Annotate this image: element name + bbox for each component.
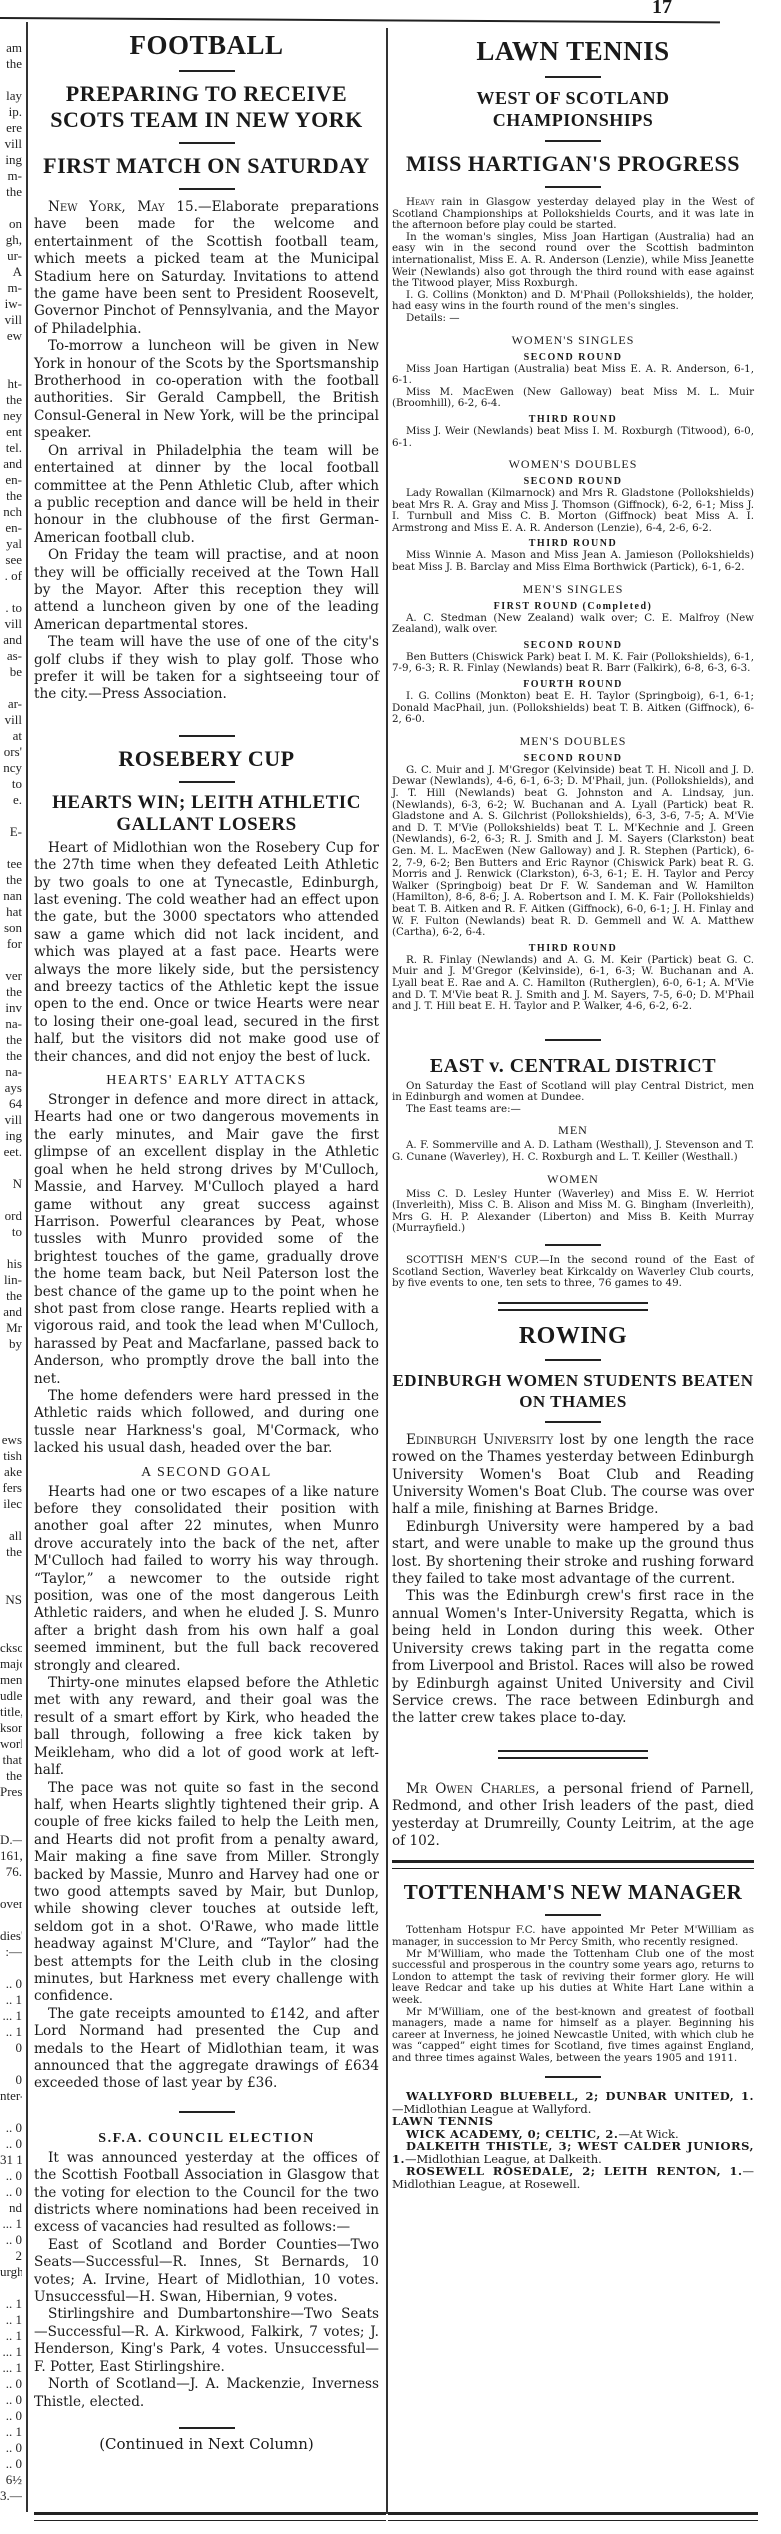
paragraph: The pace was not quite so fast in the se… (34, 1780, 379, 2006)
edge-fragment: for (0, 936, 22, 952)
edge-fragment (0, 1416, 22, 1432)
paragraph: On arrival in Philadelphia the team will… (34, 443, 379, 547)
headline-east-central: EAST v. CENTRAL DISTRICT (392, 1055, 754, 1077)
paragraph: Stirlingshire and Dumbartonshire—Two Sea… (34, 2306, 379, 2376)
edge-fragment: ilec (0, 1496, 22, 1512)
rule (179, 188, 235, 190)
edge-fragment: 6½ (0, 2472, 22, 2488)
result-teams: DALKEITH THISTLE, 3; WEST CALDER JUNIORS… (392, 2139, 754, 2166)
east-central-article: On Saturday the East of Scotland will pl… (392, 1081, 754, 1290)
rule (545, 140, 601, 142)
edge-fragment (0, 1816, 22, 1832)
headline-first-match: FIRST MATCH ON SATURDAY (34, 153, 379, 179)
event-title: WOMEN'S SINGLES (392, 333, 754, 348)
dateline: New York, May 15. (48, 199, 198, 215)
edge-fragment: ar- (0, 696, 22, 712)
edge-fragment: ake (0, 1464, 22, 1480)
round-title: THIRD ROUND (392, 414, 754, 425)
edge-fragment: ew (0, 328, 22, 344)
edge-fragment (0, 840, 22, 856)
round-results: Miss Joan Hartigan (Australia) beat Miss… (392, 364, 754, 410)
edge-fragment: m- (0, 280, 22, 296)
page-number: 17 (652, 0, 672, 19)
edge-fragment: and (0, 456, 22, 472)
round-title: THIRD ROUND (392, 538, 754, 549)
edge-fragment: .. 1 (0, 2312, 22, 2328)
result: Miss M. MacEwen (New Galloway) beat Miss… (392, 387, 754, 410)
result: Miss Joan Hartigan (Australia) beat Miss… (392, 364, 754, 387)
edge-fragment: son (0, 920, 22, 936)
paragraph: Thirty-one minutes elapsed before the At… (34, 1675, 379, 1779)
mens-cup: SCOTTISH MEN'S CUP.—In the second round … (392, 1255, 754, 1290)
edge-fragment: .. 0 (0, 2408, 22, 2424)
result-line: DALKEITH THISTLE, 3; WEST CALDER JUNIORS… (392, 2140, 754, 2165)
paragraph: New York, May 15.—Elaborate preparations… (34, 199, 379, 338)
edge-fragment: nter- (0, 2088, 22, 2104)
rule (498, 1302, 648, 1311)
round-results: I. G. Collins (Monkton) beat E. H. Taylo… (392, 691, 754, 726)
headline-hartigan: MISS HARTIGAN'S PROGRESS (392, 151, 754, 177)
edge-fragment: the (0, 392, 22, 408)
paragraph: Stronger in defence and more direct in a… (34, 1092, 379, 1388)
round-results: Miss J. Weir (Newlands) beat Miss I. M. … (392, 426, 754, 449)
edge-fragment: .. 0 (0, 1976, 22, 1992)
edge-fragment: the (0, 872, 22, 888)
edge-fragment: .. 0 (0, 2392, 22, 2408)
edge-fragment: ver (0, 968, 22, 984)
edge-fragment: ... 1 (0, 2008, 22, 2024)
paragraph: On Saturday the East of Scotland will pl… (392, 1081, 754, 1104)
edge-fragment: the (0, 1288, 22, 1304)
edge-fragment: . to (0, 600, 22, 616)
edge-fragment: vill (0, 712, 22, 728)
edge-fragment (0, 360, 22, 376)
column-divider (26, 22, 28, 2512)
edge-fragment: 31 1 (0, 2152, 22, 2168)
rule (179, 70, 235, 72)
edge-fragment (0, 1960, 22, 1976)
edge-fragment: ip. (0, 104, 22, 120)
edge-fragment (0, 1192, 22, 1208)
edge-fragment: .. 0 (0, 2184, 22, 2200)
edge-fragment (0, 1624, 22, 1640)
edge-fragment (0, 72, 22, 88)
edge-fragment (0, 1352, 22, 1368)
edge-fragment: ... 1 (0, 2216, 22, 2232)
round-title: SECOND ROUND (392, 753, 754, 764)
rule (545, 1039, 601, 1041)
edge-fragment: 2 (0, 2248, 22, 2264)
edge-fragment: that (0, 1752, 22, 1768)
edge-fragment: at (0, 728, 22, 744)
rule (179, 781, 235, 783)
result-teams: WALLYFORD BLUEBELL, 2; DUNBAR UNITED, 1. (406, 2089, 754, 2103)
edge-fragment (0, 1400, 22, 1416)
edge-fragment: na- (0, 1064, 22, 1080)
men-team: A. F. Sommerville and A. D. Latham (West… (392, 1140, 754, 1163)
edge-fragment: major (0, 1656, 22, 1672)
edge-fragment: ord (0, 1208, 22, 1224)
round-results: G. C. Muir and J. M'Gregor (Kelvinside) … (392, 765, 754, 939)
rule (545, 1359, 601, 1361)
edge-fragment (0, 2104, 22, 2120)
edge-fragment: e. (0, 792, 22, 808)
edge-fragment: vill (0, 136, 22, 152)
rowing-article: Edinburgh University lost by one length … (392, 1432, 754, 1728)
round-results: Lady Rowallan (Kilmarnock) and Mrs R. Gl… (392, 488, 754, 534)
edge-fragment: all (0, 1528, 22, 1544)
event-title: WOMEN'S DOUBLES (392, 457, 754, 472)
edge-fragment: 0 (0, 2072, 22, 2088)
result: A. C. Stedman (New Zealand) walk over; C… (392, 613, 754, 636)
edge-fragment: E- (0, 824, 22, 840)
edge-fragment: 76. (0, 1864, 22, 1880)
edge-fragment: vill (0, 616, 22, 632)
result: Lady Rowallan (Kilmarnock) and Mrs R. Gl… (392, 488, 754, 534)
rule (179, 2111, 235, 2113)
round-results: Miss Winnie A. Mason and Miss Jean A. Ja… (392, 550, 754, 573)
rule (545, 1244, 601, 1246)
edge-fragment (0, 2056, 22, 2072)
edge-fragment: ckson, (0, 1640, 22, 1656)
edge-fragment: iw- (0, 296, 22, 312)
edge-fragment: A (0, 264, 22, 280)
edge-fragment: ent (0, 424, 22, 440)
article-rosebery-s1: Stronger in defence and more direct in a… (34, 1092, 379, 1458)
edge-fragment: the (0, 56, 22, 72)
event-title: MEN'S DOUBLES (392, 734, 754, 749)
headline-hearts-win: HEARTS WIN; LEITH ATHLETIC GALLANT LOSER… (34, 792, 379, 836)
edge-fragment: .. 1 (0, 2328, 22, 2344)
edge-fragment: ncy (0, 760, 22, 776)
paragraph: Heart of Midlothian won the Rosebery Cup… (34, 840, 379, 1066)
edge-fragment (0, 1912, 22, 1928)
edge-fragment (0, 1368, 22, 1384)
paragraph: The gate receipts amounted to £142, and … (34, 2006, 379, 2093)
edge-fragment: dies' (0, 1928, 22, 1944)
edge-fragment: see (0, 552, 22, 568)
lead-word: Heavy (406, 196, 434, 208)
match-results: WALLYFORD BLUEBELL, 2; DUNBAR UNITED, 1.… (392, 2090, 754, 2190)
edge-fragment: 0 (0, 2040, 22, 2056)
edge-fragment: by (0, 1336, 22, 1352)
edge-fragment: hat (0, 904, 22, 920)
paragraph: This was the Edinburgh crew's first race… (392, 1588, 754, 1727)
rule (545, 1421, 601, 1423)
rule (545, 186, 601, 188)
edge-fragment (0, 1608, 22, 1624)
edge-fragment: ney (0, 408, 22, 424)
edge-fragment (0, 1240, 22, 1256)
edge-fragment: .. 0 (0, 2168, 22, 2184)
edge-fragment: ays (0, 1080, 22, 1096)
edge-fragment: m- (0, 168, 22, 184)
round-results: R. R. Finlay (Newlands) and A. G. M. Kei… (392, 955, 754, 1013)
paragraph: On Friday the team will practise, and at… (34, 547, 379, 634)
rule (498, 1750, 648, 1759)
edge-fragment: 64 (0, 1096, 22, 1112)
section-title-lawn-tennis: LAWN TENNIS (392, 36, 754, 67)
headline-tottenham: TOTTENHAM'S NEW MANAGER (392, 1879, 754, 1905)
headline-sfa-election: S.F.A. COUNCIL ELECTION (34, 2131, 379, 2147)
article-new-york: New York, May 15.—Elaborate preparations… (34, 199, 379, 704)
edge-fragment (0, 1800, 22, 1816)
edge-fragment (0, 200, 22, 216)
result-line: WALLYFORD BLUEBELL, 2; DUNBAR UNITED, 1.… (392, 2090, 754, 2115)
continued-note: (Continued in Next Column) (34, 2435, 379, 2453)
edge-fragment: .. 0 (0, 2120, 22, 2136)
edge-fragment: tish (0, 1448, 22, 1464)
edge-fragment: over (0, 1896, 22, 1912)
section-title-rosebery: ROSEBERY CUP (34, 746, 379, 772)
result: R. R. Finlay (Newlands) and A. G. M. Kei… (392, 955, 754, 1013)
edge-fragment (0, 1560, 22, 1576)
round-title: FOURTH ROUND (392, 679, 754, 690)
rule (545, 1914, 601, 1916)
edge-fragment: ing (0, 1128, 22, 1144)
edge-fragment: title, (0, 1704, 22, 1720)
edge-fragment: nan (0, 888, 22, 904)
bottom-rule (388, 2512, 758, 2521)
paragraph: The home defenders were hard pressed in … (34, 1388, 379, 1458)
women-label: WOMEN (392, 1172, 754, 1187)
article-rosebery-s2: Hearts had one or two escapes of a like … (34, 1484, 379, 2093)
men-label: MEN (392, 1123, 754, 1138)
edge-fragment: .. 1 (0, 2424, 22, 2440)
tennis-intro: Heavy rain in Glasgow yesterday delayed … (392, 197, 754, 325)
adjacent-column-fragment: amthe layip.erevillingm-the ongh,ur-Am-i… (0, 40, 22, 2510)
paragraph: Tottenham Hotspur F.C. have appointed Mr… (392, 1925, 754, 1948)
edge-fragment: and (0, 1304, 22, 1320)
edge-fragment: tel. (0, 440, 22, 456)
edge-fragment: NS (0, 1592, 22, 1608)
edge-fragment: the (0, 184, 22, 200)
edge-fragment: yal (0, 536, 22, 552)
edge-fragment: .. 1 (0, 1992, 22, 2008)
edge-fragment: ht- (0, 376, 22, 392)
headline-west-scotland: WEST OF SCOTLAND CHAMPIONSHIPS (442, 87, 704, 131)
edge-fragment: to (0, 776, 22, 792)
edge-fragment: world (0, 1736, 22, 1752)
edge-fragment: ere (0, 120, 22, 136)
top-rule (0, 17, 720, 23)
bottom-rule (34, 2512, 386, 2521)
rule (545, 2076, 601, 2078)
paragraph: In the woman's singles, Miss Joan Hartig… (392, 232, 754, 290)
edge-fragment: udler (0, 1688, 22, 1704)
paragraph: It was announced yesterday at the office… (34, 2150, 379, 2237)
result: Miss J. Weir (Newlands) beat Miss I. M. … (392, 426, 754, 449)
edge-fragment: . of (0, 568, 22, 584)
women-team: Miss C. D. Lesley Hunter (Waverley) and … (392, 1189, 754, 1235)
paragraph: I. G. Collins (Monkton) and D. M'Phail (… (392, 290, 754, 313)
edge-fragment: ur- (0, 248, 22, 264)
column-divider (386, 28, 388, 2514)
headline-edinburgh-women: EDINBURGH WOMEN STUDENTS BEATEN ON THAME… (392, 1370, 754, 1412)
edge-fragment: am (0, 40, 22, 56)
result-line: ROSEWELL ROSEDALE, 2; LEITH RENTON, 1.—M… (392, 2165, 754, 2190)
edge-fragment: lay (0, 88, 22, 104)
edge-fragment: ors' (0, 744, 22, 760)
round-title: SECOND ROUND (392, 352, 754, 363)
edge-fragment: the (0, 1544, 22, 1560)
edge-fragment: the (0, 1768, 22, 1784)
edge-fragment: the (0, 488, 22, 504)
edge-fragment: Mr (0, 1320, 22, 1336)
edge-fragment: ... 1 (0, 2344, 22, 2360)
paragraph: The team will have the use of one of the… (34, 634, 379, 704)
article-rosebery-intro: Heart of Midlothian won the Rosebery Cup… (34, 840, 379, 1066)
tottenham-article: Tottenham Hotspur F.C. have appointed Mr… (392, 1925, 754, 2064)
edge-fragment: :— (0, 1944, 22, 1960)
football-column: FOOTBALL PREPARING TO RECEIVE SCOTS TEAM… (34, 24, 379, 2453)
edge-fragment: N (0, 1176, 22, 1192)
edge-fragment: eet. (0, 1144, 22, 1160)
paragraph: East of Scotland and Border Counties—Two… (34, 2237, 379, 2307)
edge-fragment (0, 1160, 22, 1176)
section-title-football: FOOTBALL (34, 30, 379, 61)
obituary-lead: Mr Owen Charles (406, 1781, 535, 1797)
round-title: THIRD ROUND (392, 943, 754, 954)
edge-fragment: men's (0, 1672, 22, 1688)
edge-fragment: vill (0, 312, 22, 328)
edge-fragment (0, 584, 22, 600)
result-teams: ROSEWELL ROSEDALE, 2; LEITH RENTON, 1. (406, 2164, 743, 2178)
edge-fragment: vill (0, 1112, 22, 1128)
paragraph: North of Scotland—J. A. Mackenzie, Inver… (34, 2376, 379, 2411)
result: Ben Butters (Chiswick Park) beat I. M. K… (392, 652, 754, 675)
edge-fragment (0, 1384, 22, 1400)
edge-fragment: and (0, 632, 22, 648)
edge-fragment (0, 1576, 22, 1592)
rule (545, 76, 601, 78)
edge-fragment: urgh (0, 2264, 22, 2280)
edge-fragment (0, 1512, 22, 1528)
paragraph: Details: — (392, 313, 754, 325)
paragraph: Mr M'William, one of the best-known and … (392, 2007, 754, 2065)
edge-fragment: nch (0, 504, 22, 520)
section-title-rowing: ROWING (392, 1323, 754, 1350)
edge-fragment: gh, (0, 232, 22, 248)
edge-fragment: the (0, 1032, 22, 1048)
edge-fragment: kson, (0, 1720, 22, 1736)
edge-fragment: en- (0, 520, 22, 536)
round-results: Ben Butters (Chiswick Park) beat I. M. K… (392, 652, 754, 675)
edge-fragment: .. 1 (0, 2296, 22, 2312)
paragraph: The East teams are:— (392, 1104, 754, 1116)
edge-fragment: fers (0, 1480, 22, 1496)
event-title: MEN'S SINGLES (392, 582, 754, 597)
rule (179, 2427, 235, 2429)
paragraph: Edinburgh University were hampered by a … (392, 1519, 754, 1589)
edge-fragment: be (0, 664, 22, 680)
edge-fragment: lin- (0, 1272, 22, 1288)
edge-fragment: to (0, 1224, 22, 1240)
edge-fragment (0, 2280, 22, 2296)
edge-fragment: 3.— (0, 2488, 22, 2504)
edge-fragment: on (0, 216, 22, 232)
edge-fragment: the (0, 984, 22, 1000)
edge-fragment: as- (0, 648, 22, 664)
edge-fragment: .. 0 (0, 2376, 22, 2392)
tennis-results: WOMEN'S SINGLESSECOND ROUNDMiss Joan Har… (392, 333, 754, 1013)
obituary-owen-charles: Mr Owen Charles, a personal friend of Pa… (392, 1781, 754, 1851)
article-sfa-election: It was announced yesterday at the office… (34, 2150, 379, 2411)
paragraph: Heavy rain in Glasgow yesterday delayed … (392, 197, 754, 232)
subhead-second-goal: A SECOND GOAL (34, 1465, 379, 1481)
paragraph: Mr M'William, who made the Tottenham Clu… (392, 1949, 754, 2007)
tennis-rowing-column: LAWN TENNIS WEST OF SCOTLAND CHAMPIONSHI… (392, 30, 754, 2190)
edge-fragment: .. 0 (0, 2456, 22, 2472)
edge-fragment: .. 0 (0, 2136, 22, 2152)
edge-fragment (0, 680, 22, 696)
round-title: SECOND ROUND (392, 476, 754, 487)
edge-fragment: his (0, 1256, 22, 1272)
edge-fragment: .. 0 (0, 2440, 22, 2456)
paragraph: Hearts had one or two escapes of a like … (34, 1484, 379, 1675)
edge-fragment: ... 1 (0, 2360, 22, 2376)
edge-fragment: D.— (0, 1832, 22, 1848)
edge-fragment: Press (0, 1784, 22, 1800)
headline-scots-team: PREPARING TO RECEIVE SCOTS TEAM IN NEW Y… (34, 81, 379, 133)
edge-fragment: the (0, 1048, 22, 1064)
paragraph: Edinburgh University lost by one length … (392, 1432, 754, 1519)
edge-fragment: inv (0, 1000, 22, 1016)
rule (179, 735, 235, 737)
paragraph: To-morrow a luncheon will be given in Ne… (34, 338, 379, 442)
edge-fragment (0, 952, 22, 968)
edge-fragment: 161, (0, 1848, 22, 1864)
lead-words: Edinburgh University (406, 1432, 553, 1448)
edge-fragment: na- (0, 1016, 22, 1032)
rule (392, 1860, 754, 1869)
edge-fragment (0, 1880, 22, 1896)
subhead-early-attacks: HEARTS' EARLY ATTACKS (34, 1073, 379, 1089)
result: I. G. Collins (Monkton) beat E. H. Taylo… (392, 691, 754, 726)
edge-fragment: .. 0 (0, 2232, 22, 2248)
round-title: FIRST ROUND (Completed) (392, 601, 754, 612)
edge-fragment: en- (0, 472, 22, 488)
edge-fragment: ews (0, 1432, 22, 1448)
edge-fragment: tee (0, 856, 22, 872)
result: G. C. Muir and J. M'Gregor (Kelvinside) … (392, 765, 754, 939)
result: Miss Winnie A. Mason and Miss Jean A. Ja… (392, 550, 754, 573)
edge-fragment (0, 344, 22, 360)
mens-cup-lead: SCOTTISH MEN'S CUP. (406, 1254, 539, 1266)
rule (179, 142, 235, 144)
round-results: A. C. Stedman (New Zealand) walk over; C… (392, 613, 754, 636)
edge-fragment: nd (0, 2200, 22, 2216)
edge-fragment: .. 1 (0, 2024, 22, 2040)
edge-fragment (0, 808, 22, 824)
round-title: SECOND ROUND (392, 640, 754, 651)
edge-fragment: ing (0, 152, 22, 168)
